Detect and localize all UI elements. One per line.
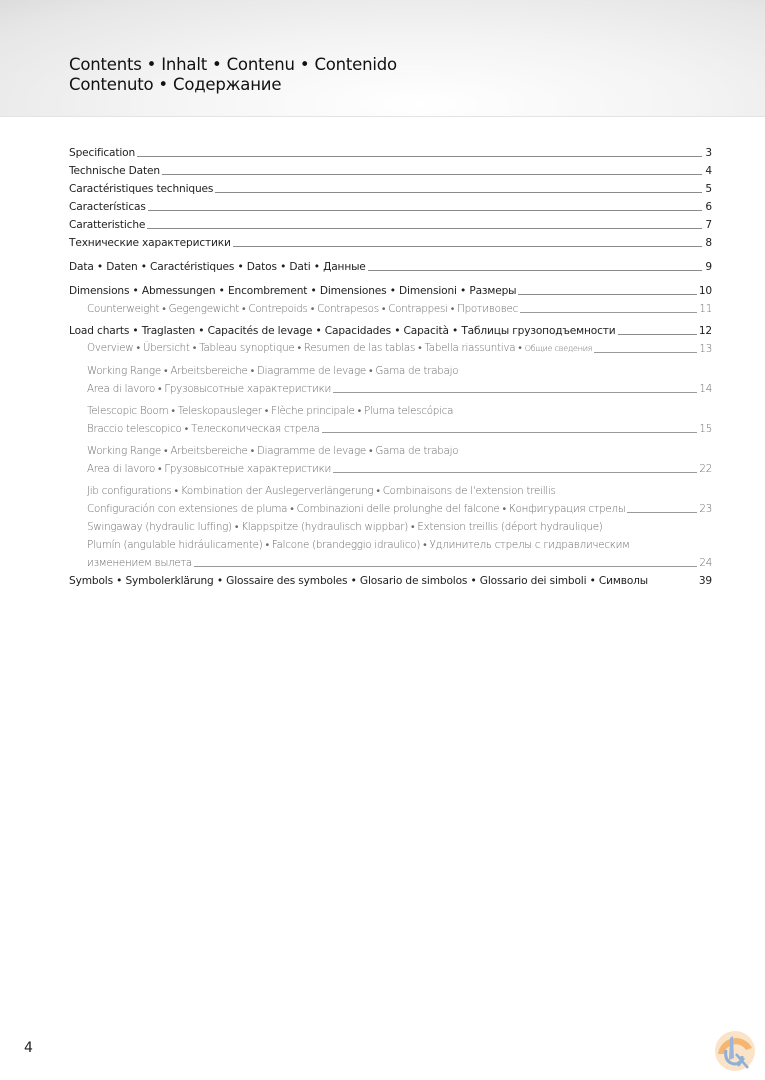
toc-entry-telescopic-boom[interactable]: Braccio telescopico • Телескопическая ст… [69, 418, 712, 436]
leader-line [618, 333, 697, 335]
toc-entry-tech-characteristics-ru[interactable]: Технические характеристики8 [69, 232, 712, 250]
leader-line [233, 245, 702, 247]
leader-line [194, 565, 697, 567]
toc-entry-load-charts[interactable]: Load charts • Traglasten • Capacités de … [69, 320, 712, 338]
leader-line [148, 209, 702, 211]
leader-line [594, 351, 697, 353]
toc-entry-symbols[interactable]: Symbols • Symbolerklärung • Glossaire de… [69, 570, 712, 588]
toc-entry-working-range-2[interactable]: Area di lavoro • Грузовысотные характери… [69, 458, 712, 476]
toc-entry-swingaway-line1[interactable]: Swingaway (hydraulic luffing) • Klappspi… [69, 516, 712, 534]
toc-entry-swingaway-line2[interactable]: Plumín (angulable hidráulicamente) • Fal… [69, 534, 712, 552]
toc-entry-jib-configurations[interactable]: Configuración con extensiones de pluma •… [69, 498, 712, 516]
toc-entry-working-range-1[interactable]: Area di lavoro • Грузовысотные характери… [69, 378, 712, 396]
leader-line [147, 227, 702, 229]
leader-line [518, 293, 696, 295]
toc-entry-caracteristicas[interactable]: Características6 [69, 196, 712, 214]
toc-entry-swingaway[interactable]: изменением вылета24 [69, 552, 712, 570]
leader-line [322, 431, 698, 433]
leader-line [520, 311, 697, 313]
page-number: 4 [24, 1040, 33, 1056]
toc-entry-telescopic-boom-line1[interactable]: Telescopic Boom • Teleskopausleger • Flè… [69, 400, 712, 418]
leader-line [137, 155, 702, 157]
table-of-contents: Specification3 Technische Daten4 Caracté… [69, 142, 712, 588]
toc-entry-overview[interactable]: Overview • Übersicht • Tableau synoptiqu… [69, 338, 712, 356]
title-line-1: Contents • Inhalt • Contenu • Contenido [69, 55, 397, 75]
toc-entry-specification[interactable]: Specification3 [69, 142, 712, 160]
leader-line [162, 173, 702, 175]
crane-watermark-logo-icon [712, 1028, 758, 1074]
toc-entry-counterweight[interactable]: Counterweight • Gegengewicht • Contrepoi… [69, 298, 712, 316]
leader-line [368, 269, 702, 271]
toc-entry-caracteristiques-techniques[interactable]: Caractéristiques techniques5 [69, 178, 712, 196]
toc-entry-caratteristiche[interactable]: Caratteristiche7 [69, 214, 712, 232]
leader-line [215, 191, 702, 193]
toc-entry-technische-daten[interactable]: Technische Daten4 [69, 160, 712, 178]
leader-line [627, 511, 697, 513]
toc-entry-working-range-2-line1[interactable]: Working Range • Arbeitsbereiche • Diagra… [69, 440, 712, 458]
toc-entry-working-range-1-line1[interactable]: Working Range • Arbeitsbereiche • Diagra… [69, 360, 712, 378]
leader-line [333, 391, 697, 393]
leader-line [333, 471, 697, 473]
toc-entry-jib-line1[interactable]: Jib configurations • Kombination der Aus… [69, 480, 712, 498]
toc-entry-data[interactable]: Data • Daten • Caractéristiques • Datos … [69, 256, 712, 274]
toc-entry-dimensions[interactable]: Dimensions • Abmessungen • Encombrement … [69, 280, 712, 298]
page-title: Contents • Inhalt • Contenu • Contenido … [69, 55, 397, 95]
title-line-2: Contenuto • Содержание [69, 75, 397, 95]
